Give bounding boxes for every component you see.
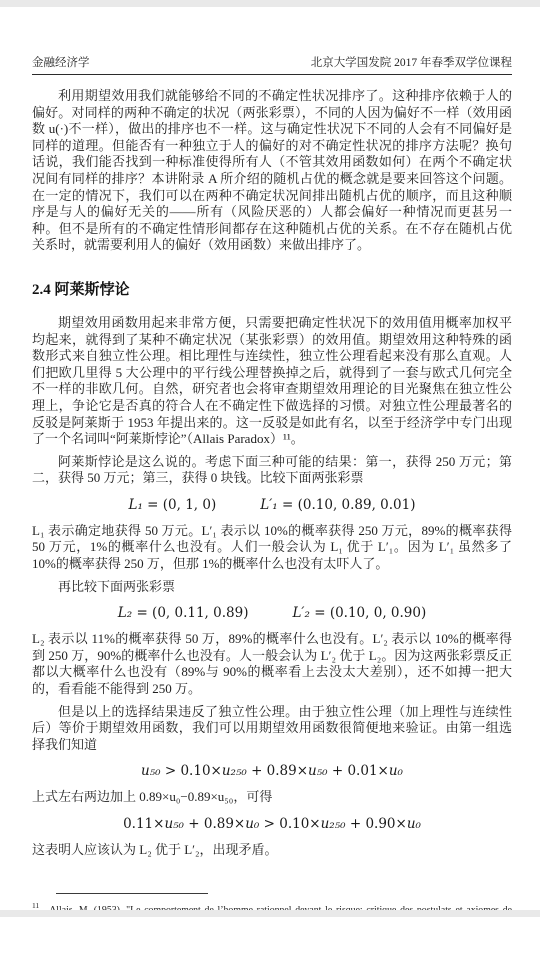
formula-op: > 0.10× bbox=[161, 763, 222, 779]
formula-var: u₂₅₀ bbox=[321, 816, 346, 832]
footnote-area: 11Allais, M. (1953). "Le comportement de… bbox=[32, 893, 512, 910]
formula-var: L′₂ bbox=[292, 605, 309, 621]
paragraph-independence-axiom: 期望效用函数用起来非常方便，只需要把确定性状况下的效用值用概率加权平均起来，就得… bbox=[32, 315, 512, 448]
formula-op: 0.11× bbox=[123, 816, 164, 832]
paragraph-lottery-pair-1-explained: L₁ 表示确定地获得 50 万元。L′₁ 表示以 10%的概率获得 250 万元… bbox=[32, 523, 512, 573]
formula-value: = (0, 0.11, 0.89) bbox=[132, 605, 248, 621]
formula-utility-inequality-1: u₅₀ > 0.10×u₂₅₀ + 0.89×u₅₀ + 0.01×u₀ bbox=[32, 763, 512, 779]
formula-value: = (0.10, 0.89, 0.01) bbox=[278, 497, 416, 513]
paragraph-lottery-pair-2-explained: L₂ 表示以 11%的概率获得 50 万，89%的概率什么也没有。L′₂ 表示以… bbox=[32, 631, 512, 697]
formula-var: u₅₀ bbox=[141, 763, 161, 779]
formula-op: + 0.01× bbox=[328, 763, 389, 779]
section-heading-allais-paradox: 2.4 阿莱斯悖论 bbox=[32, 278, 512, 299]
footnote-marker: 11 bbox=[32, 901, 39, 910]
paragraph-compare-next: 再比较下面两张彩票 bbox=[32, 579, 512, 596]
next-page-top bbox=[0, 917, 540, 960]
page-gap-bottom bbox=[0, 910, 540, 917]
formula-op: + 0.89× bbox=[247, 763, 308, 779]
paragraph-violates-independence: 但是以上的选择结果违反了独立性公理。由于独立性公理（加上理性与连续性后）等价于期… bbox=[32, 704, 512, 754]
page-gap-top bbox=[0, 0, 540, 7]
formula-var: u₅₀ bbox=[164, 816, 184, 832]
formula-var: L₂ bbox=[118, 605, 132, 621]
formula-var: u₀ bbox=[407, 816, 421, 832]
formula-op: + 0.90× bbox=[346, 816, 407, 832]
formula-var: u₅₀ bbox=[308, 763, 328, 779]
document-page: 金融经济学 北京大学国发院 2017 年春季双学位课程 利用期望效用我们就能够给… bbox=[0, 7, 540, 910]
formula-value: = (0.10, 0, 0.90) bbox=[310, 605, 426, 621]
header-course-info: 北京大学国发院 2017 年春季双学位课程 bbox=[311, 54, 512, 70]
formula-var: u₂₅₀ bbox=[222, 763, 247, 779]
formula-op: > 0.10× bbox=[259, 816, 320, 832]
footnote-separator bbox=[56, 893, 208, 894]
paragraph-add-both-sides: 上式左右两边加上 0.89×u₀−0.89×u₅₀，可得 bbox=[32, 789, 512, 806]
paragraph-expected-utility-ranking: 利用期望效用我们就能够给不同的不确定性状况排序了。这种排序依赖于人的偏好。对同样… bbox=[32, 88, 512, 254]
formula-var: L′₁ bbox=[260, 497, 277, 513]
page-header: 金融经济学 北京大学国发院 2017 年春季双学位课程 bbox=[32, 54, 512, 75]
formula-lottery-pair-2: L₂ = (0, 0.11, 0.89)L′₂ = (0.10, 0, 0.90… bbox=[32, 605, 512, 621]
header-book-title: 金融经济学 bbox=[32, 54, 90, 70]
formula-value: = (0, 1, 0) bbox=[143, 497, 216, 513]
formula-utility-inequality-2: 0.11×u₅₀ + 0.89×u₀ > 0.10×u₂₅₀ + 0.90×u₀ bbox=[32, 816, 512, 832]
formula-lottery-pair-1: L₁ = (0, 1, 0)L′₁ = (0.10, 0.89, 0.01) bbox=[32, 497, 512, 513]
paragraph-three-outcomes: 阿莱斯悖论是这么说的。考虑下面三种可能的结果：第一，获得 250 万元；第二，获… bbox=[32, 454, 512, 487]
formula-var: u₀ bbox=[389, 763, 403, 779]
paragraph-contradiction: 这表明人应该认为 L₂ 优于 L′₂，出现矛盾。 bbox=[32, 842, 512, 859]
formula-var: u₀ bbox=[245, 816, 259, 832]
formula-op: + 0.89× bbox=[184, 816, 245, 832]
formula-var: L₁ bbox=[129, 497, 143, 513]
footnote-allais-reference: 11Allais, M. (1953). "Le comportement de… bbox=[32, 899, 512, 910]
pdf-viewport: 金融经济学 北京大学国发院 2017 年春季双学位课程 利用期望效用我们就能够给… bbox=[0, 0, 540, 960]
